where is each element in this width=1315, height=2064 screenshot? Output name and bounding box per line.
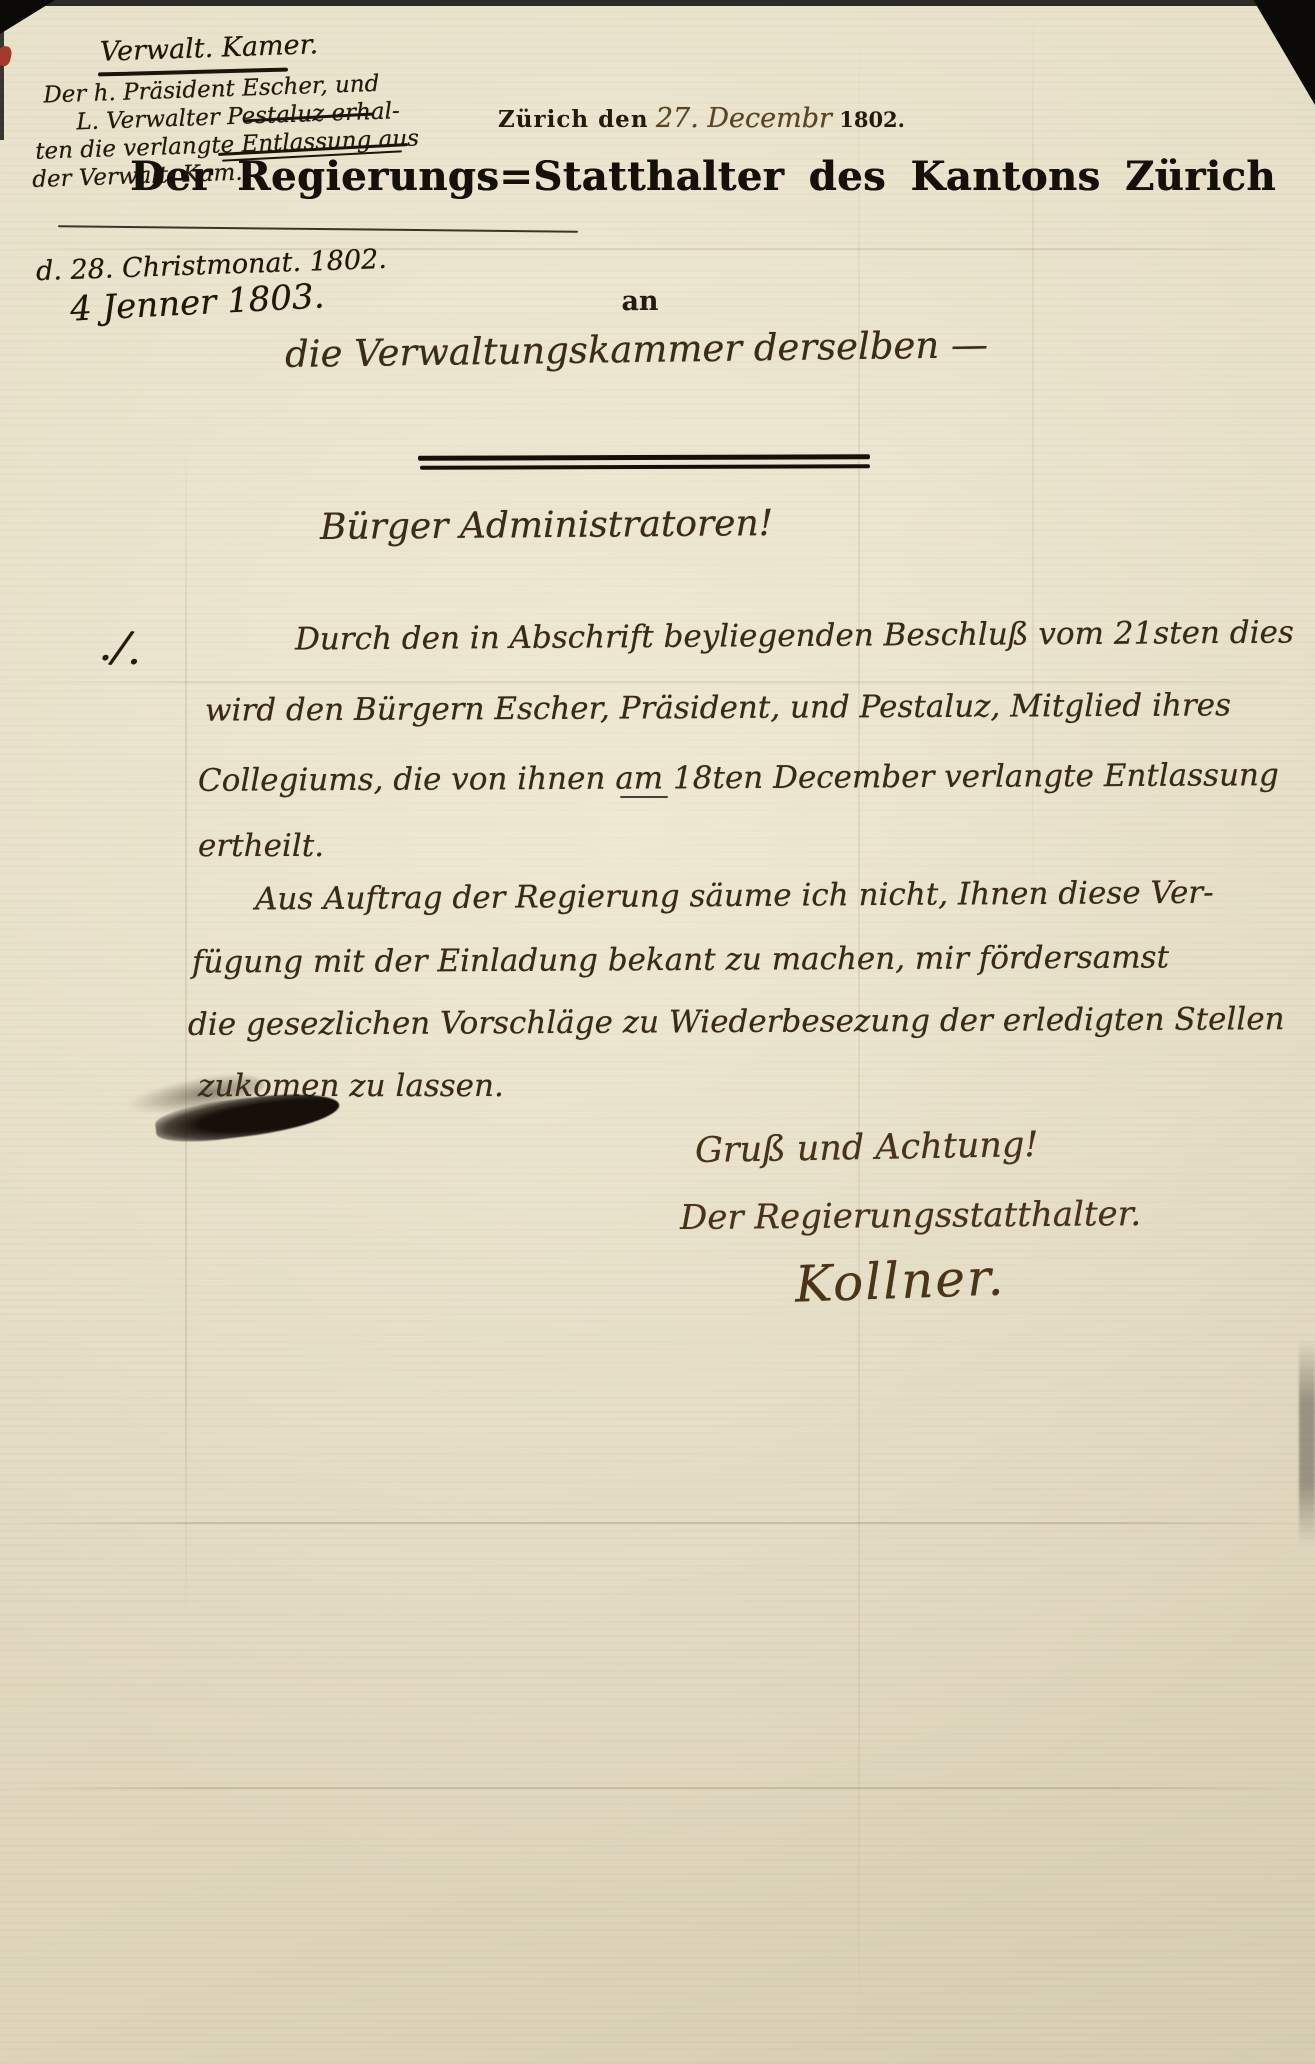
dateline: Zürich den 27. Decembr 1802. <box>498 103 905 134</box>
dateline-place-printed: Zürich den <box>498 106 649 133</box>
scan-edge-left-strip <box>0 0 4 140</box>
dateline-year-printed: 1802. <box>839 107 905 132</box>
right-edge-smear <box>1299 1340 1315 1545</box>
letterhead-title: Der Regierungs=Statthalter des Kantons Z… <box>130 153 1120 200</box>
date-underline-18ten <box>620 796 668 798</box>
crease-line <box>0 681 1315 683</box>
body-line: ertheilt. <box>198 828 324 864</box>
scanned-letter-page: Verwalt. Kamer. Der h. Präsident Escher,… <box>0 0 1315 2064</box>
scan-corner-top-left <box>0 0 55 34</box>
signature: Kollner. <box>794 1248 1006 1313</box>
body-line: wird den Bürgern Escher, Präsident, und … <box>205 687 1231 728</box>
crease-line-vertical <box>185 430 187 1630</box>
red-edge-mark <box>0 45 13 67</box>
enclosure-mark: ./. <box>97 619 146 675</box>
crease-line <box>0 1787 1315 1789</box>
dateline-day-handwritten: 27. Decembr <box>656 103 832 134</box>
body-line: Collegiums, die von ihnen am 18ten Decem… <box>198 757 1279 799</box>
double-rule-top <box>418 454 870 461</box>
body-line: Durch den in Abschrift beyliegenden Besc… <box>295 615 1294 658</box>
crease-line <box>0 1522 1315 1524</box>
body-line: Aus Auftrag der Regierung säume ich nich… <box>255 875 1214 918</box>
recipient-line: die Verwaltungskammer derselben — <box>285 323 989 376</box>
archive-label: Verwalt. Kamer. <box>100 29 319 68</box>
body-line: fügung mit der Einladung bekant zu mache… <box>192 939 1169 980</box>
double-rule-bottom <box>420 464 870 470</box>
scan-edge-top-strip <box>0 0 1315 6</box>
salutation: Bürger Administratoren! <box>320 503 774 548</box>
margin-note-flourish <box>58 225 578 232</box>
closing-salute: Gruß und Achtung! <box>695 1125 1039 1171</box>
letterhead-preposition: an <box>600 286 680 317</box>
margin-date-1: d. 28. Christmonat. 1802. <box>36 244 388 287</box>
scan-corner-top-right <box>1245 0 1315 105</box>
body-line: die gesezlichen Vorschläge zu Wiederbese… <box>188 1001 1285 1043</box>
closing-office: Der Regierungsstatthalter. <box>680 1194 1141 1238</box>
